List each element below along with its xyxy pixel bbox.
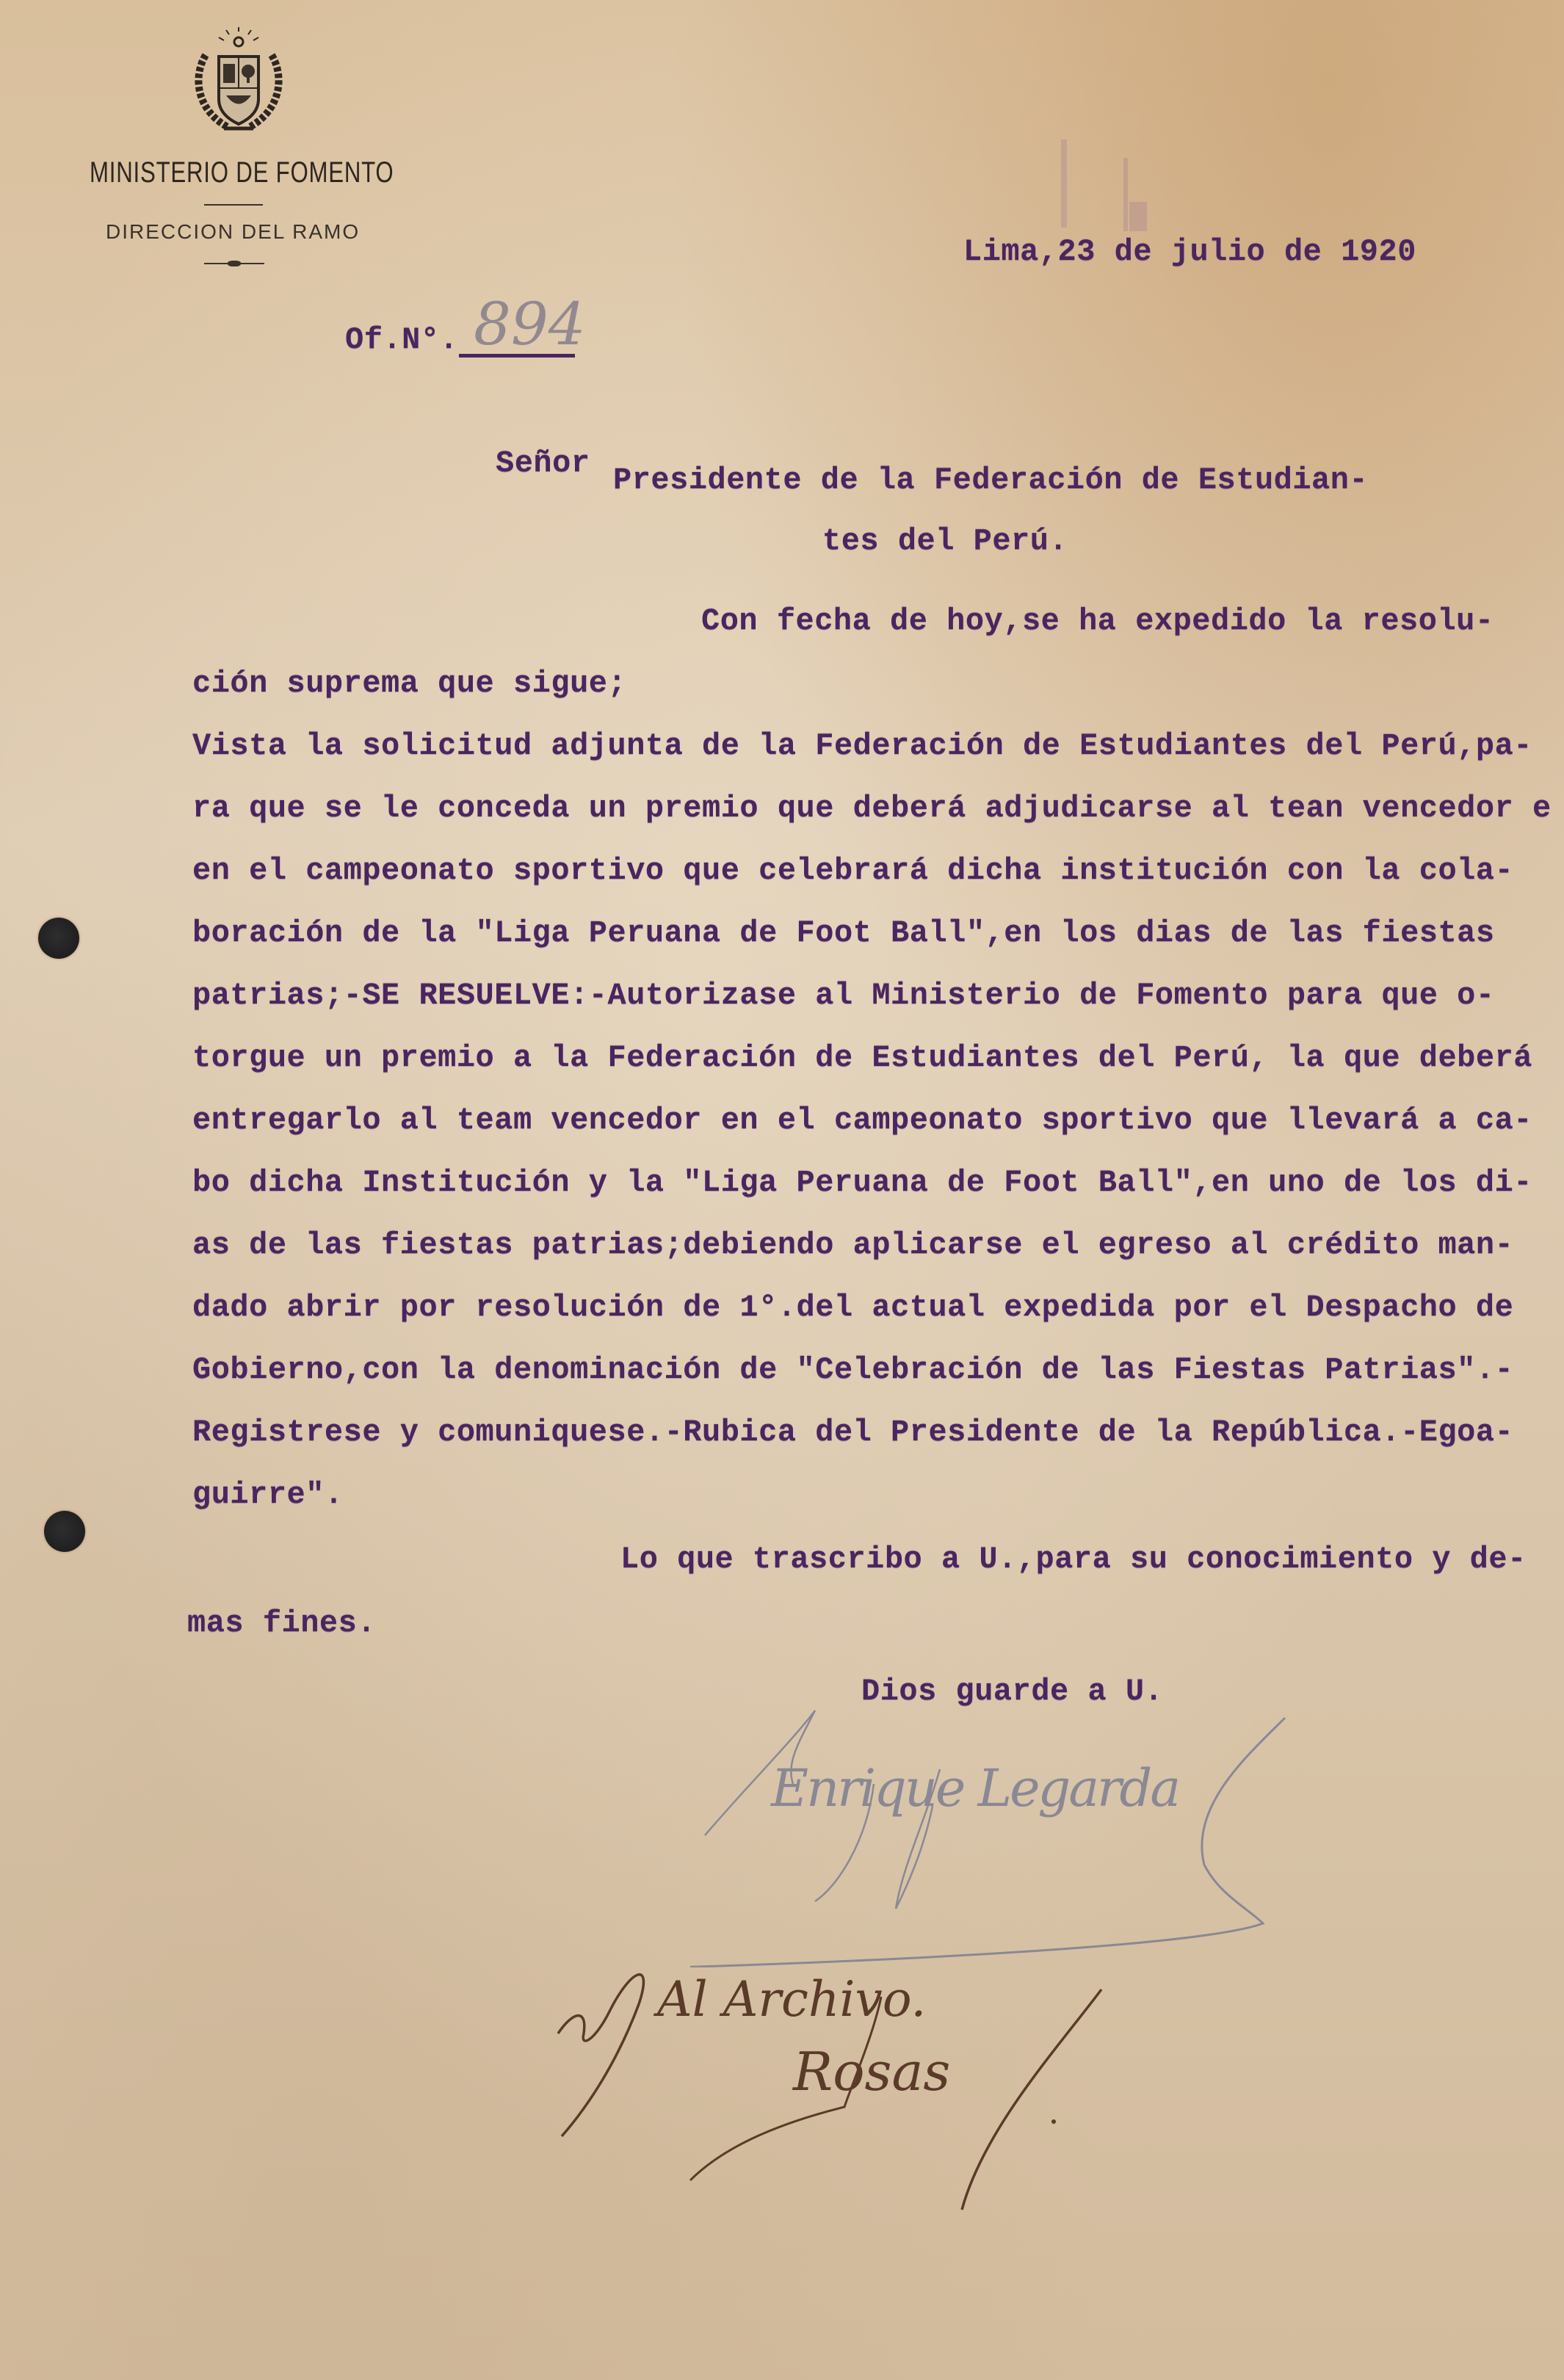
letterhead-ornament xyxy=(204,261,264,266)
punch-hole xyxy=(38,918,79,959)
body-line: boración de la "Liga Peruana de Foot Bal… xyxy=(192,918,1495,948)
office-number-handwritten: 894 xyxy=(474,290,586,358)
place-date: Lima,23 de julio de 1920 xyxy=(963,236,1416,267)
body-line: Con fecha de hoy,se ha expedido la resol… xyxy=(701,606,1494,636)
addressee-line-2: tes del Perú. xyxy=(822,526,1068,556)
closing-line-1: Lo que trascribo a U.,para su conocimien… xyxy=(620,1544,1527,1575)
body-line: Vista la solicitud adjunta de la Federac… xyxy=(192,730,1532,761)
body-line: ción suprema que sigue; xyxy=(192,668,626,699)
office-number-label: Of.N°. xyxy=(345,324,458,355)
body-line: patrias;-SE RESUELVE:-Autorizase al Mini… xyxy=(192,980,1495,1011)
ministry-name: MINISTERIO DE FOMENTO xyxy=(90,156,394,189)
body-line: dado abrir por resolución de 1°.del actu… xyxy=(192,1292,1513,1323)
letterhead: MINISTERIO DE FOMENTO DIRECCION DEL RAMO xyxy=(81,22,404,272)
stamp-mark xyxy=(1061,139,1067,228)
annotation-signature: Rosas xyxy=(793,2041,950,2103)
body-line: bo dicha Institución y la "Liga Peruana … xyxy=(192,1167,1532,1198)
body-line: torgue un premio a la Federación de Estu… xyxy=(192,1042,1532,1073)
body-line: en el campeonato sportivo que celebrará … xyxy=(192,855,1513,886)
stamp-mark xyxy=(1123,158,1128,231)
annotation-text: Al Archivo. xyxy=(657,1971,926,2028)
punch-hole xyxy=(44,1511,85,1552)
closing-line-2: mas fines. xyxy=(187,1608,376,1639)
archive-annotation: Al Archivo. Rosas xyxy=(529,1938,1160,2232)
office-number-underline xyxy=(459,354,575,358)
body-line: ra que se le conceda un premio que deber… xyxy=(192,793,1552,824)
salutation: Señor xyxy=(496,448,590,479)
office-number-field: Of.N°. 894 xyxy=(345,294,595,374)
body-line: guirre". xyxy=(192,1479,344,1510)
addressee-line-1: Presidente de la Federación de Estudian- xyxy=(613,465,1368,496)
peru-coat-of-arms-icon xyxy=(184,26,294,136)
letterhead-divider xyxy=(204,204,263,206)
official-signature-text: Enrique Legarda xyxy=(771,1758,1179,1818)
signature-flourish-icon xyxy=(690,1696,1336,1967)
body-line: Registrese y comuniquese.-Rubica del Pre… xyxy=(192,1417,1513,1448)
body-line: entregarlo al team vencedor en el campeo… xyxy=(192,1105,1532,1136)
stamp-mark xyxy=(1129,202,1147,231)
body-line: Gobierno,con la denominación de "Celebra… xyxy=(192,1354,1513,1385)
body-line: as de las fiestas patrias;debiendo aplic… xyxy=(192,1230,1513,1260)
department-name: DIRECCION DEL RAMO xyxy=(106,220,360,244)
official-signature: Enrique Legarda xyxy=(690,1696,1336,1967)
